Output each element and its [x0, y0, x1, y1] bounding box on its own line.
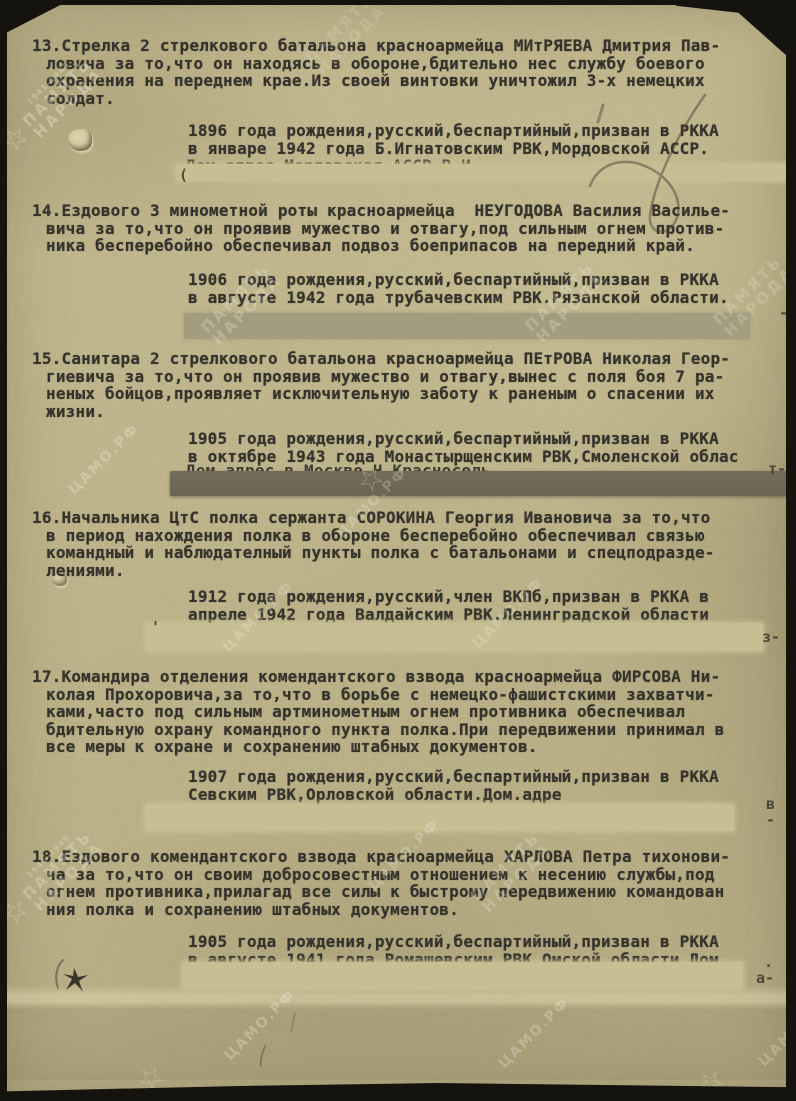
stray-mark: (	[179, 168, 188, 183]
stray-mark: а-	[756, 971, 774, 986]
scan-edge-right	[786, 0, 796, 1101]
stray-mark: .	[764, 955, 773, 970]
stray-mark: з-	[762, 630, 780, 645]
document-page: 13.Стрелка 2 стрелкового батальона красн…	[0, 0, 796, 1101]
stray-mark: в	[766, 797, 775, 812]
scan-edge-left	[0, 0, 7, 1101]
stray-typewriter-marks: (-т-'з-в-.а-	[0, 0, 796, 1101]
scan-background: 13.Стрелка 2 стрелкового батальона красн…	[0, 0, 796, 1101]
stray-mark: т-	[768, 462, 786, 477]
stray-mark: -	[766, 813, 775, 828]
stray-mark: '	[151, 620, 160, 635]
